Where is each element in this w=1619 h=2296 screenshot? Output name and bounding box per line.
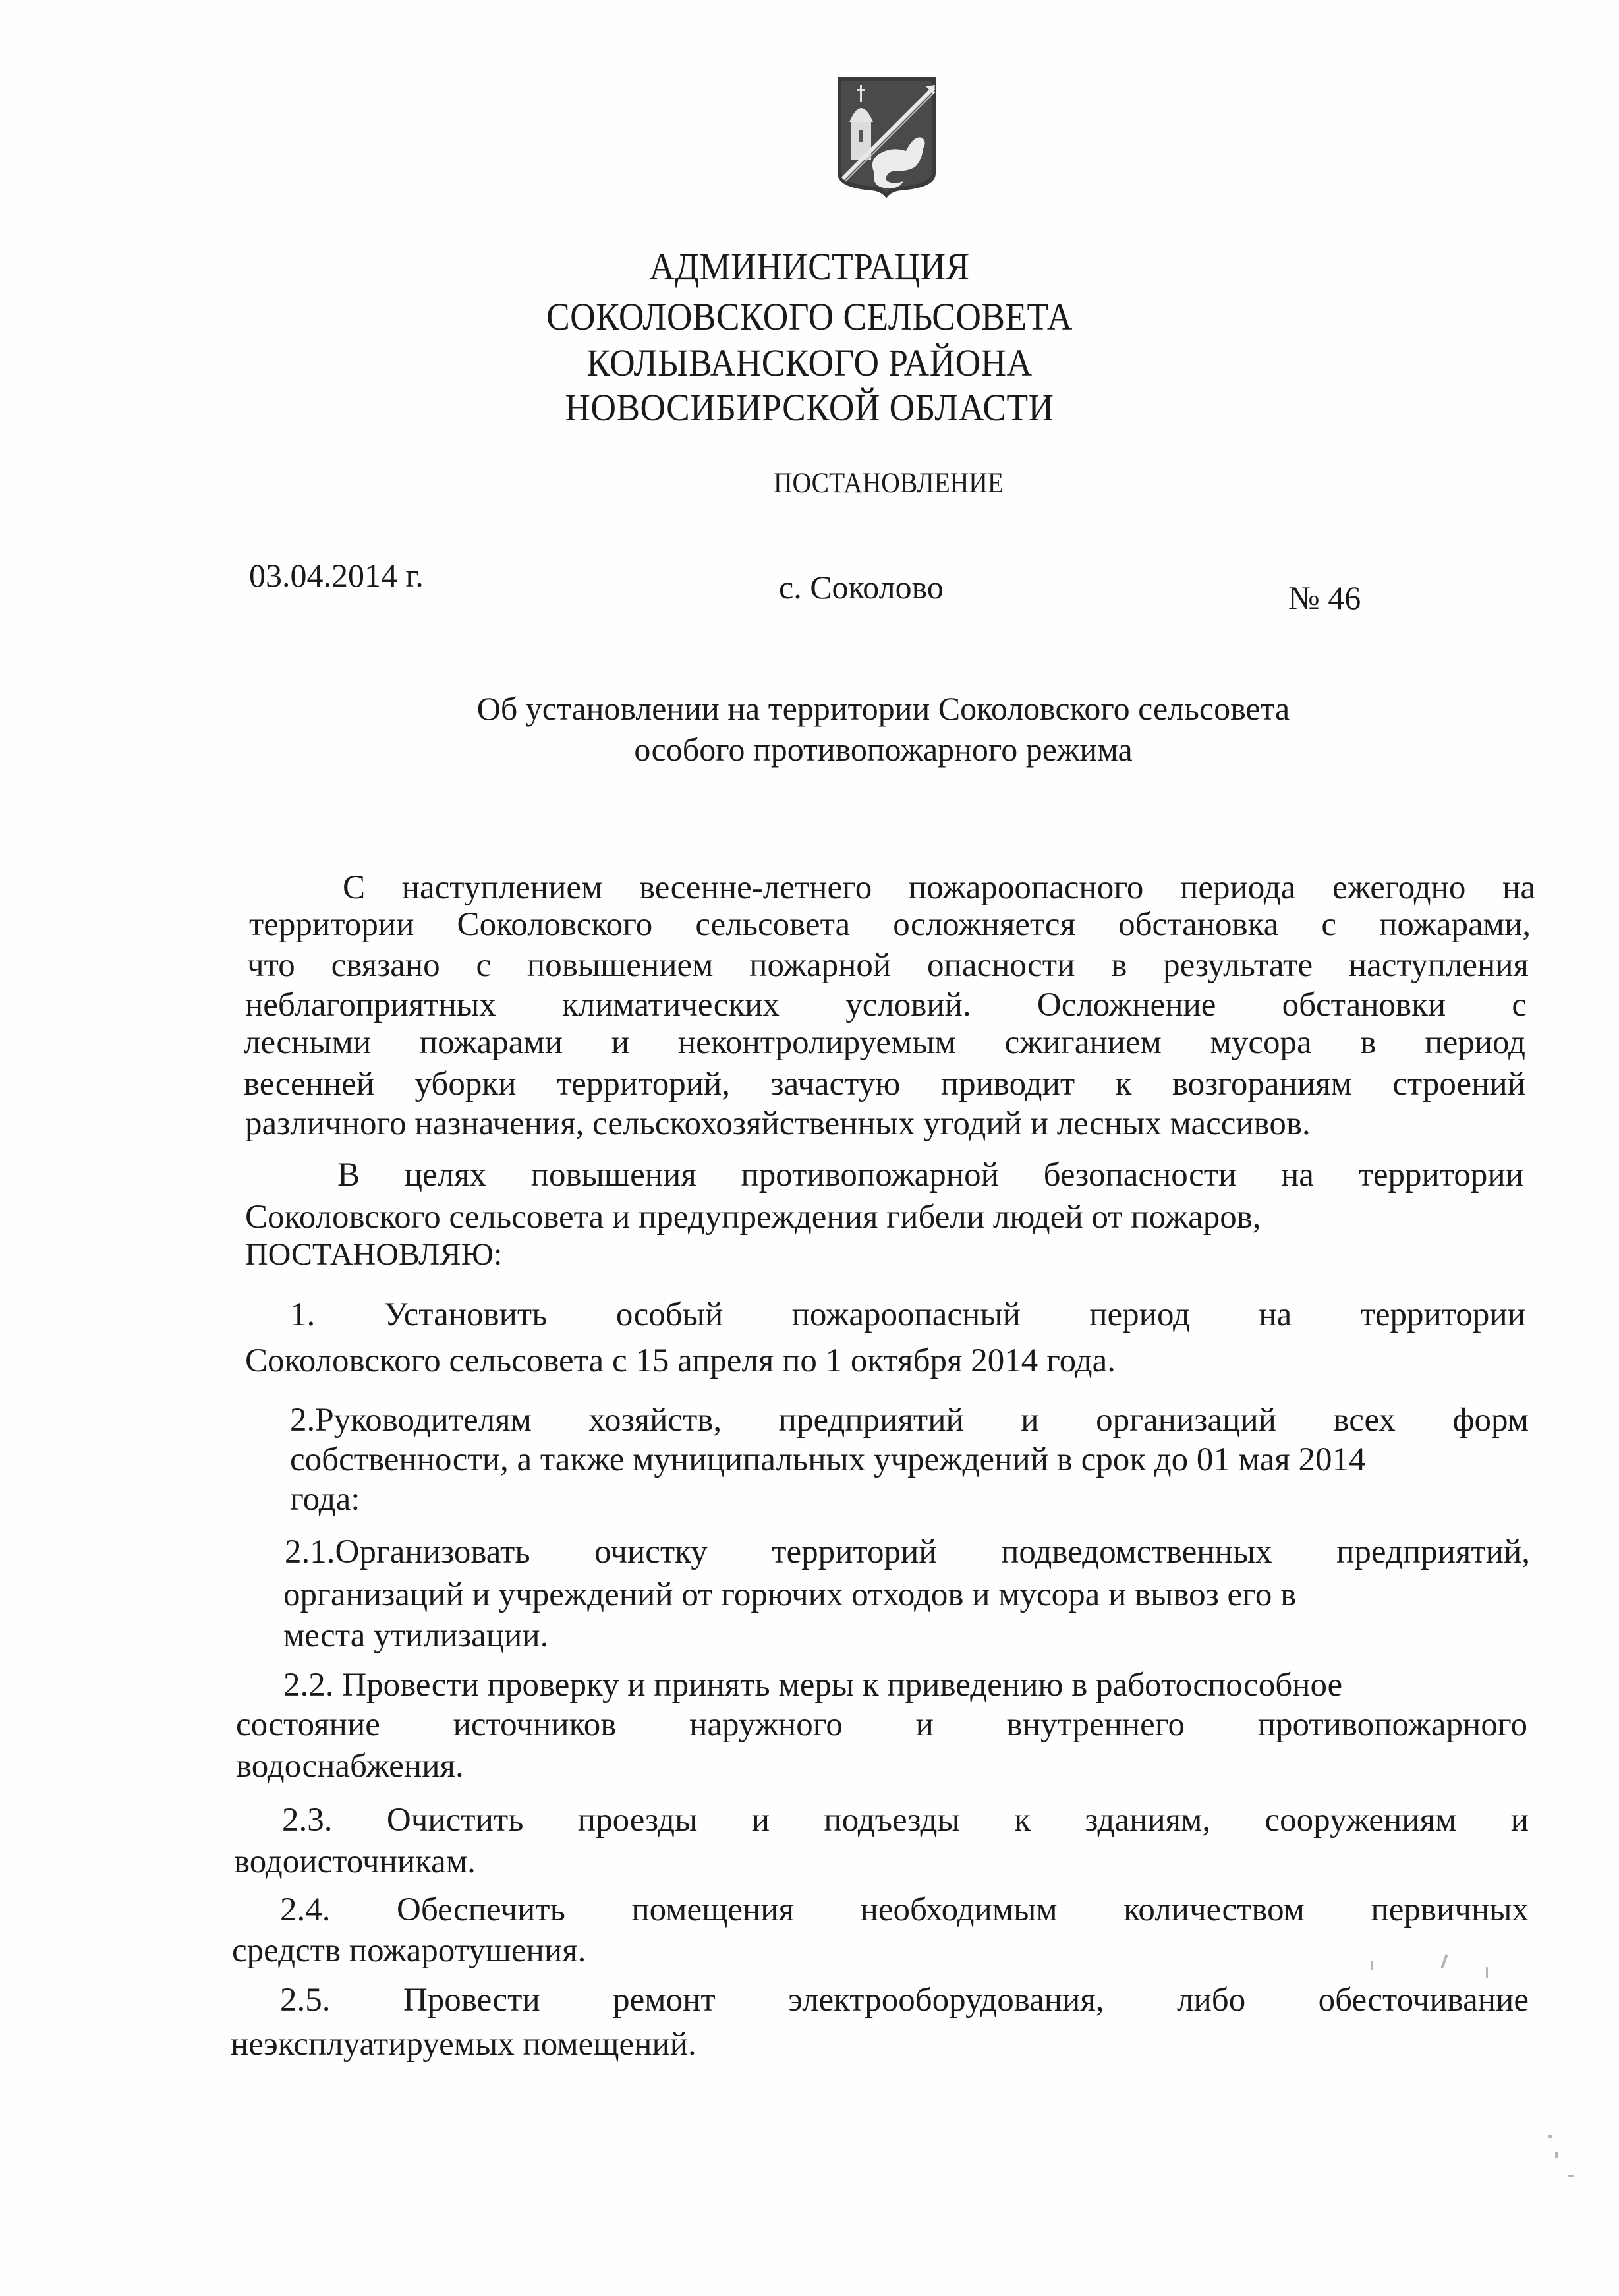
resolution-keyword: ПОСТАНОВЛЯЮ: xyxy=(245,1239,502,1271)
list-item-2-3: 2.3. Очистить проезды и подъезды к здани… xyxy=(282,1804,1529,1837)
body-line: весенней уборки территорий, зачастую при… xyxy=(244,1068,1525,1101)
body-line: неблагоприятных климатических условий. О… xyxy=(245,989,1527,1022)
list-item-2-4-cont: средств пожаротушения. xyxy=(232,1934,586,1968)
coat-of-arms-icon xyxy=(835,74,938,200)
list-item-1: 1. Установить особый пожароопасный перио… xyxy=(290,1298,1525,1332)
subject-line: особого противопожарного режима xyxy=(74,733,1619,766)
list-item-2-1: 2.1.Организовать очистку территорий подв… xyxy=(285,1535,1530,1569)
scan-artifact xyxy=(1548,2135,1552,2138)
document-page: АДМИНИСТРАЦИЯ СОКОЛОВСКОГО СЕЛЬСОВЕТА КО… xyxy=(0,0,1619,2296)
list-item-2-cont: года: xyxy=(290,1483,360,1516)
list-item-2-4: 2.4. Обеспечить помещения необходимым ко… xyxy=(280,1893,1529,1927)
list-item-2-1-cont: организаций и учреждений от горючих отхо… xyxy=(283,1578,1296,1612)
body-line: лесными пожарами и неконтролируемым сжиг… xyxy=(244,1026,1525,1060)
list-item-2-5: 2.5. Провести ремонт электрооборудования… xyxy=(280,1984,1529,2017)
list-item-2-3-cont: водоисточникам. xyxy=(234,1845,476,1879)
body-line: С наступлением весенне-летнего пожароопа… xyxy=(343,871,1535,905)
list-item-2-cont: собственности, а также муниципальных учр… xyxy=(290,1443,1365,1477)
scan-artifact xyxy=(1568,2175,1574,2177)
list-item-2-2-cont: состояние источников наружного и внутрен… xyxy=(236,1708,1527,1742)
list-item-2-2: 2.2. Провести проверку и принять меры к … xyxy=(283,1669,1342,1702)
document-date: 03.04.2014 г. xyxy=(249,559,424,592)
scan-artifact xyxy=(1371,1961,1373,1970)
list-item-2: 2.Руководителям хозяйств, предприятий и … xyxy=(290,1404,1529,1437)
body-line: территории Соколовского сельсовета ослож… xyxy=(249,908,1531,942)
document-place: с. Соколово xyxy=(779,571,944,604)
document-number: № 46 xyxy=(1288,581,1361,614)
org-line: АДМИНИСТРАЦИЯ xyxy=(65,248,1554,286)
scan-artifact xyxy=(1440,1954,1448,1968)
list-item-2-1-cont: места утилизации. xyxy=(283,1619,548,1653)
document-type-title: ПОСТАНОВЛЕНИЕ xyxy=(144,469,1619,498)
list-item-1-cont: Соколовского сельсовета с 15 апреля по 1… xyxy=(245,1344,1116,1378)
org-line: СОКОЛОВСКОГО СЕЛЬСОВЕТА xyxy=(65,298,1554,336)
subject-line: Об установлении на территории Соколовско… xyxy=(74,692,1619,725)
body-line: различного назначения, сельскохозяйствен… xyxy=(245,1107,1311,1141)
list-item-2-5-cont: неэксплуатируемых помещений. xyxy=(231,2028,696,2061)
body-line: Соколовского сельсовета и предупреждения… xyxy=(245,1201,1261,1234)
org-line: НОВОСИБИРСКОЙ ОБЛАСТИ xyxy=(65,389,1554,427)
body-line: что связано с повышением пожарной опасно… xyxy=(247,949,1529,983)
body-line: В целях повышения противопожарной безопа… xyxy=(337,1159,1523,1192)
scan-artifact xyxy=(1555,2152,1558,2158)
scan-artifact xyxy=(1486,1967,1488,1978)
list-item-2-2-cont: водоснабжения. xyxy=(236,1750,464,1783)
org-line: КОЛЫВАНСКОГО РАЙОНА xyxy=(65,344,1554,382)
